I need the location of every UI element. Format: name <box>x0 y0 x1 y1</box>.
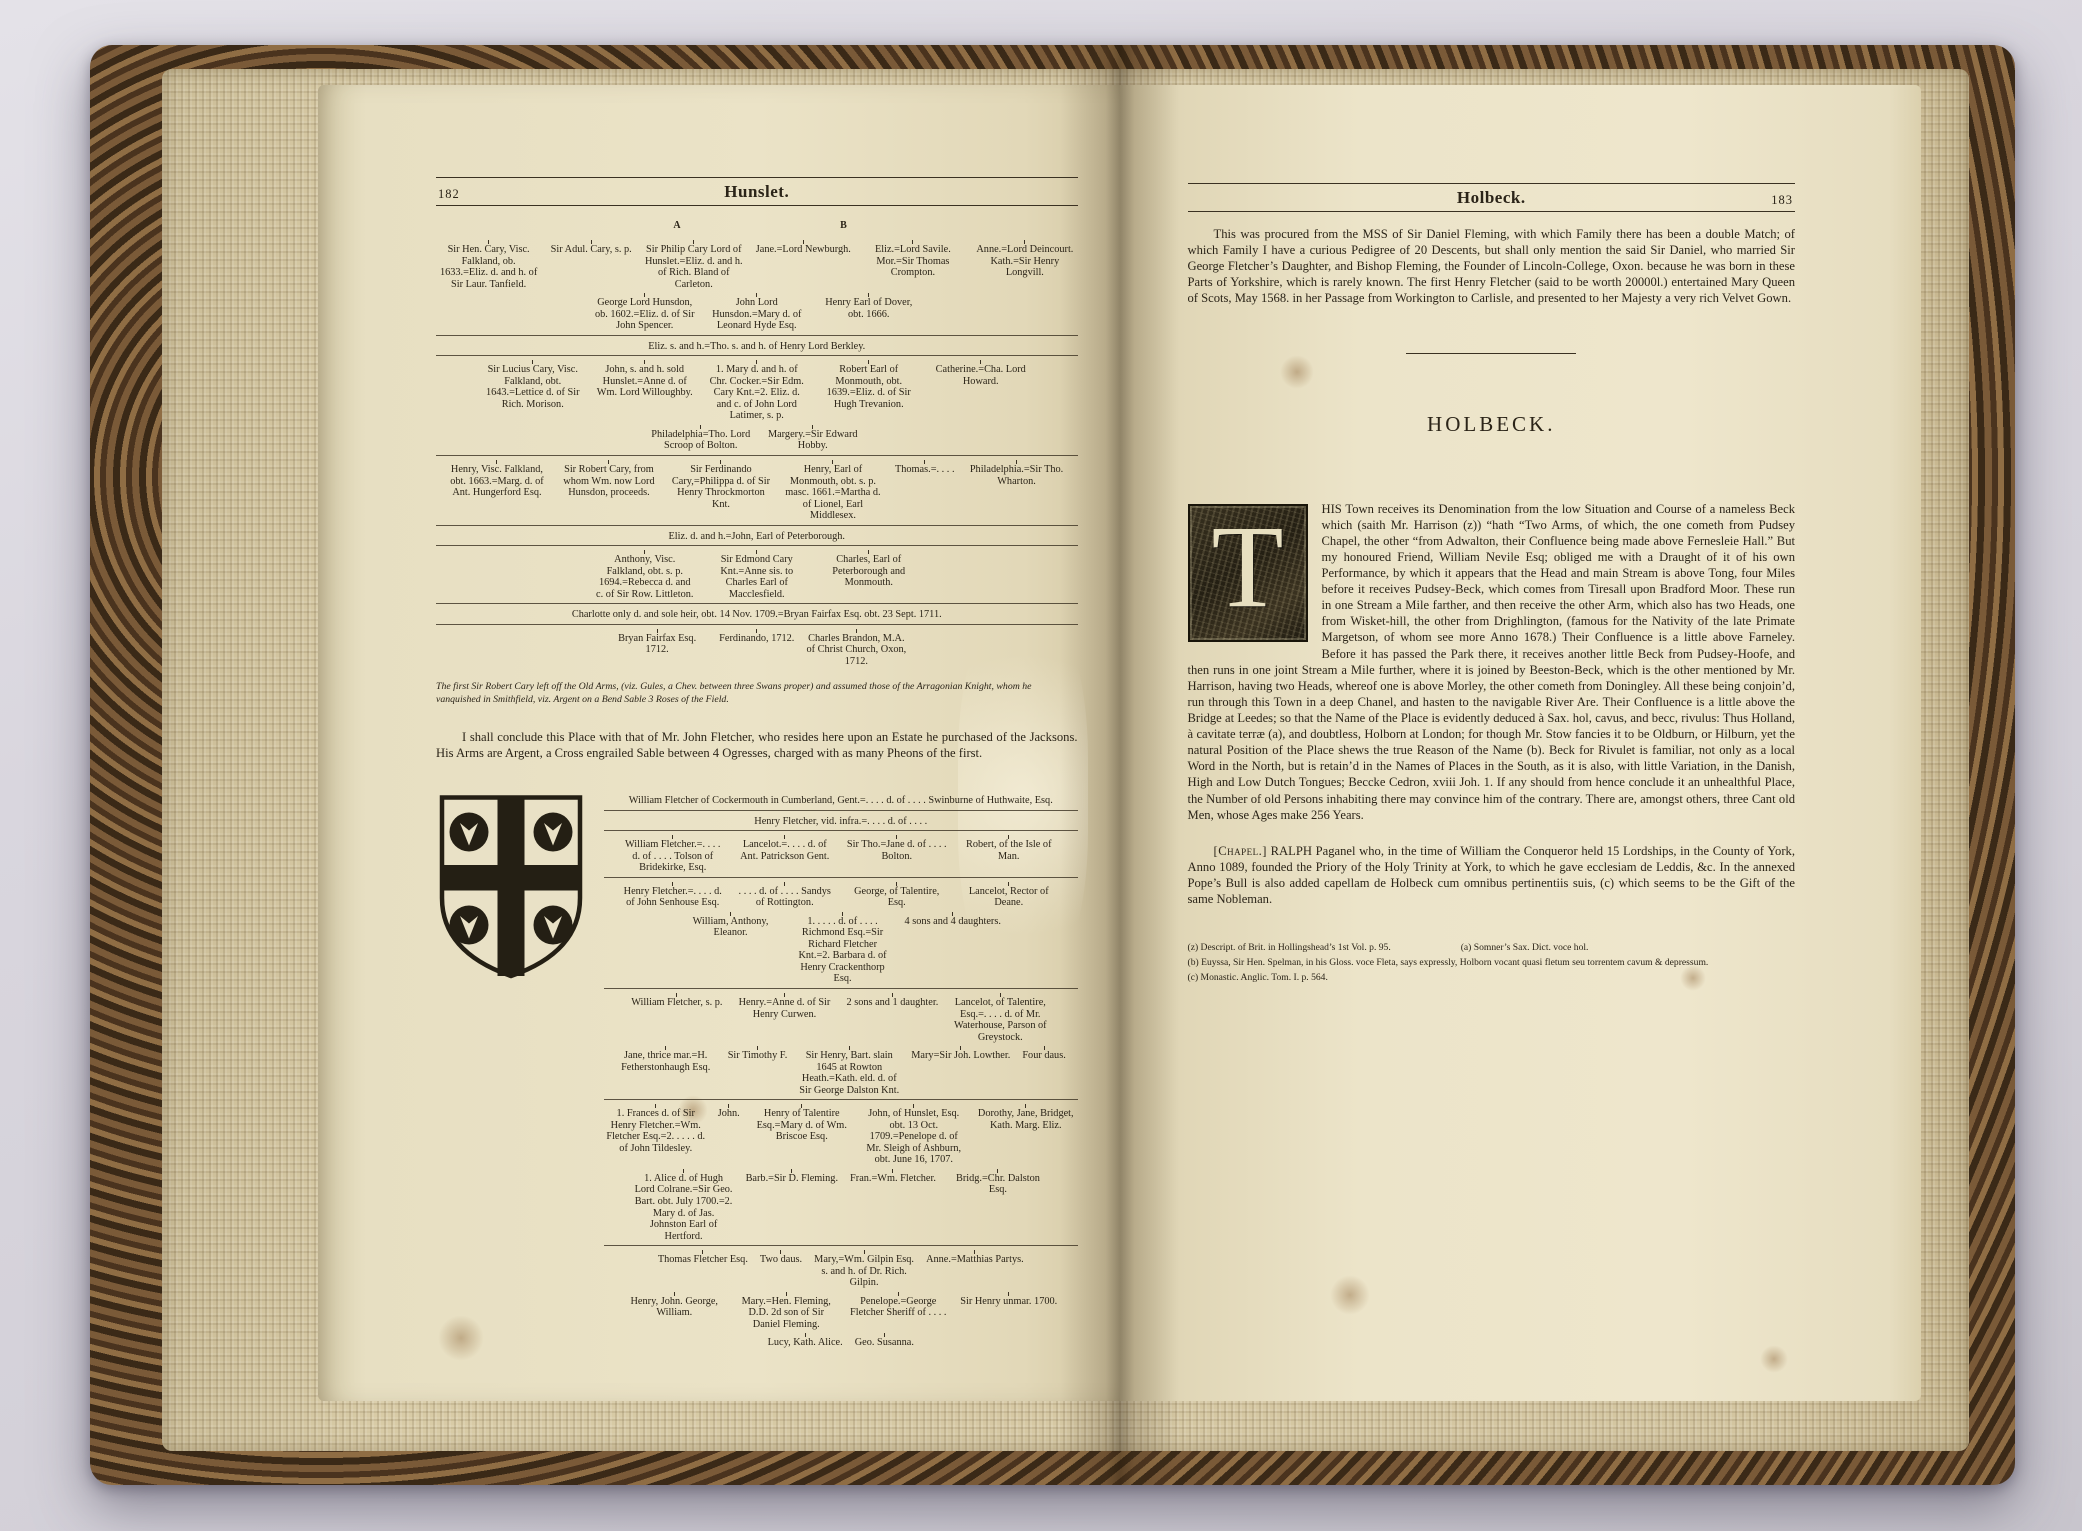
pedigree-cell: Henry, Earl of Monmouth, obt. s. p. masc… <box>783 460 883 522</box>
fletcher-arms-shield <box>436 793 586 983</box>
section-title-holbeck: HOLBECK. <box>1188 412 1796 437</box>
pedigree-cell: Bryan Fairfax Esq. 1712. <box>607 629 707 656</box>
pedigree-cell: Philadelphia=Tho. Lord Scroop of Bolton. <box>651 425 751 452</box>
pedigree-cell: Sir Henry unmar. 1700. <box>960 1292 1057 1308</box>
running-head-right: Holbeck. 183 <box>1188 183 1796 212</box>
pedigree-row: William Fletcher of Cockermouth in Cumbe… <box>604 790 1078 807</box>
ogress-with-pheon-icon <box>450 906 489 945</box>
drop-cap-letter: T <box>1190 500 1306 634</box>
pedigree-cell: Bridg.=Chr. Dalston Esq. <box>948 1169 1048 1196</box>
pedigree-cell: Sir Edmond Cary Knt.=Anne sis. to Charle… <box>707 550 807 600</box>
pedigree-cell: Fran.=Wm. Fletcher. <box>850 1169 936 1185</box>
pedigree-row: Henry, Visc. Falkland, obt. 1663.=Marg. … <box>436 455 1078 522</box>
pedigree-cell: 1. Frances d. of Sir Henry Fletcher.=Wm.… <box>606 1104 706 1154</box>
pedigree-cell: Margery.=Sir Edward Hobby. <box>763 425 863 452</box>
pedigree-cell: Charlotte only d. and sole heir, obt. 14… <box>572 608 942 621</box>
pedigree-cell: Jane, thrice mar.=H. Fetherstonhaugh Esq… <box>616 1046 716 1073</box>
pedigree-cell: John Lord Hunsdon.=Mary d. of Leonard Hy… <box>707 293 807 332</box>
right-page: Holbeck. 183 This was procured from the … <box>1120 85 1922 1401</box>
head-rule <box>436 177 1078 178</box>
pedigree-cell: John, of Hunslet, Esq. obt. 13 Oct. 1709… <box>864 1104 964 1166</box>
pedigree-cell: George, of Talentire, Esq. <box>847 882 947 909</box>
pedigree-cell: Sir Henry, Bart. slain 1645 at Rowton He… <box>799 1046 899 1096</box>
pedigree-row: Eliz. d. and h.=John, Earl of Peterborou… <box>436 525 1078 543</box>
pedigree-cell: Barb.=Sir D. Fleming. <box>746 1169 838 1185</box>
pedigree-cell: Jane.=Lord Newburgh. <box>756 240 851 256</box>
footnote-item: (b) Euyssa, Sir Hen. Spelman, in his Glo… <box>1188 956 1709 971</box>
footnote-line: (b) Euyssa, Sir Hen. Spelman, in his Glo… <box>1188 956 1796 971</box>
pedigree-cell: Catherine.=Cha. Lord Howard. <box>931 360 1031 387</box>
pedigree-cell: 2 sons and 1 daughter. <box>846 993 938 1009</box>
pedigree-row: 1. Frances d. of Sir Henry Fletcher.=Wm.… <box>604 1099 1078 1242</box>
pedigree-cell: Anne.=Lord Deincourt. Kath.=Sir Henry Lo… <box>975 240 1075 279</box>
foxing-spot <box>1330 1275 1370 1315</box>
pedigree-cell: Thomas Fletcher Esq. <box>658 1250 748 1266</box>
pedigree-cell: Henry Fletcher, vid. infra.=. . . . d. o… <box>754 815 927 828</box>
pedigree-cell: Robert Earl of Monmouth, obt. 1639.=Eliz… <box>819 360 919 410</box>
running-title-hunslet: Hunslet. <box>436 182 1078 202</box>
pedigree-cell: Henry of Talentire Esq.=Mary d. of Wm. B… <box>752 1104 852 1143</box>
pedigree-cell: William Fletcher, s. p. <box>631 993 722 1009</box>
pedigree-cell: Sir Hen. Cary, Visc. Falkland, ob. 1633.… <box>439 240 539 290</box>
pedigree-cell: John. <box>718 1104 740 1120</box>
pedigree-row: Anthony, Visc. Falkland, obt. s. p. 1694… <box>436 545 1078 600</box>
pedigree-cell: Penelope.=George Fletcher Sheriff of . .… <box>848 1292 948 1319</box>
pedigree-cell: Lancelot, of Talentire, Esq.=. . . . d. … <box>950 993 1050 1043</box>
pedigree-cell: Lucy, Kath. Alice. <box>768 1333 843 1349</box>
pedigree-cell: 1. Alice d. of Hugh Lord Colrane.=Sir Ge… <box>634 1169 734 1242</box>
pedigree-cell: 4 sons and 4 daughters. <box>905 912 1001 928</box>
left-page: 182 Hunslet. A B Sir Hen. Cary, Visc. Fa… <box>318 85 1120 1401</box>
photo-scene: 182 Hunslet. A B Sir Hen. Cary, Visc. Fa… <box>0 0 2082 1531</box>
pedigree-cell: Henry Fletcher.=. . . . d. of John Senho… <box>623 882 723 909</box>
pedigree-cell: Philadelphia.=Sir Tho. Wharton. <box>967 460 1067 487</box>
pedigree-cell: 1. . . . . d. of . . . . Richmond Esq.=S… <box>793 912 893 985</box>
pedigree-cell: Henry.=Anne d. of Sir Henry Curwen. <box>734 993 834 1020</box>
footnote-item: (z) Descript. of Brit. in Hollingshead’s… <box>1188 941 1391 956</box>
pedigree-row: Henry Fletcher, vid. infra.=. . . . d. o… <box>604 810 1078 828</box>
open-spread: 182 Hunslet. A B Sir Hen. Cary, Visc. Fa… <box>318 85 1921 1401</box>
pedigree-cell: Sir Adul. Cary, s. p. <box>551 240 632 256</box>
footnote-line: (c) Monastic. Anglic. Tom. I. p. 564. <box>1188 971 1796 986</box>
pedigree-cell: Anne.=Matthias Partys. <box>926 1250 1024 1266</box>
pedigree-cell: Sir Ferdinando Cary,=Philippa d. of Sir … <box>671 460 771 510</box>
pedigree-cell: Lancelot, Rector of Deane. <box>959 882 1059 909</box>
footnotes: (z) Descript. of Brit. in Hollingshead’s… <box>1188 941 1796 986</box>
pedigree-cell: Eliz. s. and h.=Tho. s. and h. of Henry … <box>648 340 865 353</box>
pedigree-cell: William Fletcher.=. . . . d. of . . . . … <box>623 835 723 874</box>
footnote-item: (a) Somner’s Sax. Dict. voce hol. <box>1461 941 1589 956</box>
head-rule <box>1188 183 1796 184</box>
chapel-text: RALPH Paganel who, in the time of Willia… <box>1188 844 1796 906</box>
pedigree-cell: Four daus. <box>1022 1046 1065 1062</box>
pedigree-row: Charlotte only d. and sole heir, obt. 14… <box>436 603 1078 621</box>
pedigree-cell: John, s. and h. sold Hunslet.=Anne d. of… <box>595 360 695 399</box>
footnote-item: (c) Monastic. Anglic. Tom. I. p. 564. <box>1188 971 1328 986</box>
pedigree-chart-cary: A B Sir Hen. Cary, Visc. Falkland, ob. 1… <box>436 220 1078 667</box>
pedigree-cell: William Fletcher of Cockermouth in Cumbe… <box>629 794 1053 807</box>
pedigree-row: William Fletcher, s. p.Henry.=Anne d. of… <box>604 988 1078 1096</box>
pedigree-cell: Geo. Susanna. <box>855 1333 914 1349</box>
pedigree-row: Eliz. s. and h.=Tho. s. and h. of Henry … <box>436 335 1078 353</box>
foxing-spot <box>1760 1345 1788 1373</box>
pedigree-cell: Sir Lucius Cary, Visc. Falkland, obt. 16… <box>483 360 583 410</box>
running-head-left: 182 Hunslet. <box>436 177 1078 206</box>
running-title-holbeck: Holbeck. <box>1188 188 1796 208</box>
book-cover: 182 Hunslet. A B Sir Hen. Cary, Visc. Fa… <box>90 45 2015 1485</box>
pedigree-cell: . . . . d. of . . . . Sandys of Rottingt… <box>735 882 835 909</box>
pedigree-row: Bryan Fairfax Esq. 1712.Ferdinando, 1712… <box>436 624 1078 668</box>
pedigree-cell: Henry Earl of Dover, obt. 1666. <box>819 293 919 320</box>
fletcher-paragraph: I shall conclude this Place with that of… <box>436 729 1078 761</box>
pedigree-cell: Henry, John. George, William. <box>624 1292 724 1319</box>
pedigree-cell: Robert, of the Isle of Man. <box>959 835 1059 862</box>
pedigree-cell: Ferdinando, 1712. <box>719 629 794 645</box>
woodcut-initial-T: T <box>1188 504 1308 642</box>
pedigree-row: Sir Lucius Cary, Visc. Falkland, obt. 16… <box>436 355 1078 452</box>
ogress-with-pheon-icon <box>534 813 573 852</box>
pedigree-cell: 1. Mary d. and h. of Chr. Cocker.=Sir Ed… <box>707 360 807 422</box>
pedigree-cell: Thomas.=. . . . <box>895 460 955 476</box>
pedigree-cell: Mary=Sir Joh. Lowther. <box>911 1046 1010 1062</box>
pedigree-row: Sir Hen. Cary, Visc. Falkland, ob. 1633.… <box>436 236 1078 332</box>
ogress-with-pheon-icon <box>450 813 489 852</box>
pedigree-cell: Dorothy, Jane, Bridget, Kath. Marg. Eliz… <box>976 1104 1076 1131</box>
pedigree-cell: Sir Robert Cary, from whom Wm. now Lord … <box>559 460 659 499</box>
page-number-183: 183 <box>1771 193 1793 208</box>
section-divider <box>1406 353 1576 354</box>
pedigree-cell: Sir Philip Cary Lord of Hunslet.=Eliz. d… <box>644 240 744 290</box>
intro-paragraph: This was procured from the MSS of Sir Da… <box>1188 226 1796 307</box>
pedigree-chart-fletcher: William Fletcher of Cockermouth in Cumbe… <box>604 787 1078 1349</box>
pedigree-cell: Mary.=Hen. Fleming, D.D. 2d son of Sir D… <box>736 1292 836 1331</box>
shield-icon <box>436 793 586 982</box>
pedigree-cell: Charles Brandon, M.A. of Christ Church, … <box>806 629 906 668</box>
pedigree-cell: George Lord Hunsdon, ob. 1602.=Eliz. d. … <box>595 293 695 332</box>
pedigree-cell: Henry, Visc. Falkland, obt. 1663.=Marg. … <box>447 460 547 499</box>
pedigree-cell: Sir Timothy F. <box>728 1046 788 1062</box>
ogress-with-pheon-icon <box>534 906 573 945</box>
pedigree-cell: Anthony, Visc. Falkland, obt. s. p. 1694… <box>595 550 695 600</box>
pedigree-cell: Two daus. <box>760 1250 802 1266</box>
marker-b: B <box>840 220 847 231</box>
pedigree-cell: Eliz.=Lord Savile. Mor.=Sir Thomas Cromp… <box>863 240 963 279</box>
pedigree-row: Henry Fletcher.=. . . . d. of John Senho… <box>604 877 1078 985</box>
arms-note: The first Sir Robert Cary left off the O… <box>436 681 1078 706</box>
chapel-paragraph: [Chapel.] RALPH Paganel who, in the time… <box>1188 843 1796 907</box>
pedigree-cell: Lancelot.=. . . . d. of Ant. Patrickson … <box>735 835 835 862</box>
holbeck-section: T HIS Town receives its Denomination fro… <box>1188 501 1796 823</box>
pedigree-row: William Fletcher.=. . . . d. of . . . . … <box>604 830 1078 874</box>
pedigree-markers: A B <box>436 220 1078 233</box>
marker-a: A <box>673 220 680 231</box>
chapel-label: [Chapel.] <box>1214 844 1267 858</box>
fletcher-section: William Fletcher of Cockermouth in Cumbe… <box>436 787 1078 1349</box>
pedigree-cell: Sir Tho.=Jane d. of . . . . Bolton. <box>847 835 947 862</box>
pedigree-row: Thomas Fletcher Esq.Two daus.Mary,=Wm. G… <box>604 1245 1078 1349</box>
pedigree-cell: Mary,=Wm. Gilpin Esq. s. and h. of Dr. R… <box>814 1250 914 1289</box>
footnote-line: (z) Descript. of Brit. in Hollingshead’s… <box>1188 941 1796 956</box>
pedigree-cell: Charles, Earl of Peterborough and Monmou… <box>819 550 919 589</box>
pedigree-cell: William, Anthony, Eleanor. <box>681 912 781 939</box>
pedigree-cell: Eliz. d. and h.=John, Earl of Peterborou… <box>668 530 845 543</box>
